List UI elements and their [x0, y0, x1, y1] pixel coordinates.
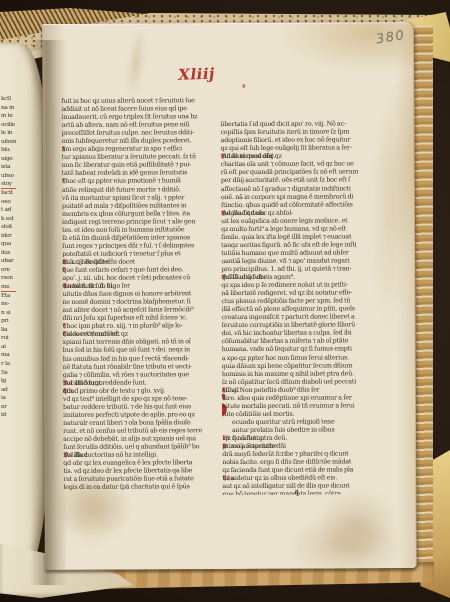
edge-text-fragment: ubso — [1, 172, 16, 181]
edge-text-fragment: stoy — [1, 180, 16, 189]
edge-text-fragment: ia — [1, 394, 16, 403]
edge-text-fragment: facit — [1, 189, 16, 198]
chapter-heading-rubric: Xliij — [177, 64, 216, 83]
text-line: legis di in ea datur ſpã charitatis qui … — [63, 483, 216, 492]
page-stain — [368, 118, 413, 328]
page-stain — [316, 488, 398, 560]
text-column-left: fuit in hoc qz unus alterũ nocet ⁊ ſerui… — [61, 97, 216, 496]
edge-text-fragment: id — [1, 411, 16, 420]
text-line: pro principibus. 1. ad thi. ij. ut quiet… — [221, 265, 374, 274]
edge-text-fragment: in te — [1, 112, 16, 121]
gutter-shadow — [30, 40, 68, 585]
folio-number-handwritten: 380 — [375, 28, 406, 48]
edge-text-fragment: rsen — [1, 274, 16, 283]
signature-number: 4 — [294, 489, 301, 498]
edge-text-fragment: pri — [1, 317, 16, 326]
edge-text-fragment: ere — [1, 266, 16, 275]
red-ink-speck — [242, 84, 245, 88]
edge-text-fragment: blo. — [1, 146, 16, 155]
edge-text-fragment: lg — [1, 377, 16, 386]
facing-page-text: kctlna inin teociliele inuitemblo.uigeis… — [1, 95, 16, 420]
edge-text-fragment: t ad — [1, 206, 16, 215]
edge-text-fragment: ider — [1, 232, 16, 241]
text-column-right: S libertatis ſ id quod dicit apo' ro. vi… — [220, 96, 375, 495]
edge-text-fragment: qua — [1, 240, 16, 249]
edge-text-fragment: me — [1, 283, 16, 292]
edge-text-fragment: rui — [1, 334, 16, 343]
edge-text-fragment: na in — [1, 104, 16, 113]
edge-text-fragment: ubar — [1, 257, 16, 266]
edge-text-fragment: le in — [1, 129, 16, 138]
edge-text-fragment: lia — [1, 326, 16, 335]
edge-text-fragment: ma — [1, 351, 16, 360]
edge-text-fragment: r la — [1, 360, 16, 369]
edge-text-fragment: er — [1, 403, 16, 412]
edge-text-fragment: uitem — [1, 138, 16, 147]
edge-text-fragment: kctl — [1, 95, 16, 104]
edge-text-fragment: ista — [1, 163, 16, 172]
text-line: ſtinctio. qbus quidẽ ad cõformitatẽ affe… — [221, 201, 374, 210]
edge-text-fragment: n si — [1, 309, 16, 318]
text-line: uitute mortalis peccati. nõ tñ eruimur a… — [222, 402, 375, 411]
edge-text-fragment: k est — [1, 215, 16, 224]
page-stain — [124, 25, 149, 100]
edge-text-fragment: ne- — [1, 300, 16, 309]
edge-text-fragment: oeo — [1, 198, 16, 207]
book-photo: kctlna inin teociliele inuitemblo.uigeis… — [0, 0, 450, 602]
edge-text-fragment: ad — [1, 386, 16, 395]
book-page: 380 Xliij fuit in hoc qz unus alterũ noc… — [42, 22, 417, 570]
edge-text-fragment: ilus — [1, 249, 16, 258]
edge-text-fragment: Se — [1, 369, 16, 378]
edge-text-fragment: ai — [1, 343, 16, 352]
edge-text-fragment: uige — [1, 155, 16, 164]
edge-text-fragment: Eta — [1, 292, 16, 301]
signature-mark: 4i — [294, 489, 298, 500]
edge-text-fragment: sloit — [1, 223, 16, 232]
edge-text-fragment: ocilie — [1, 121, 16, 130]
